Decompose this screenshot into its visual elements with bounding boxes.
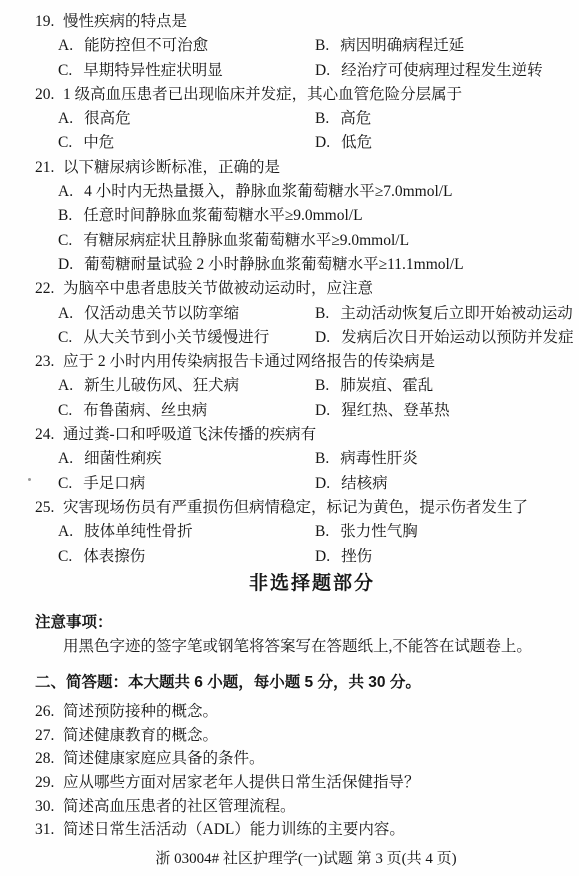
option-text: 新生儿破伤风、狂犬病 (84, 374, 239, 398)
question-23: 23. 应于 2 小时内用传染病报告卡通过网络报告的传染病是 A. 新生儿破伤风… (35, 350, 565, 423)
option-c: C. 布鲁菌病、丝虫病 (58, 399, 315, 423)
option-label: B. (315, 302, 329, 326)
option-row: A. 很高危 B. 高危 (58, 107, 565, 131)
short-question-31: 31. 简述日常生活活动（ADL）能力训练的主要内容。 (35, 818, 565, 842)
option-text: 手足口病 (83, 472, 145, 496)
option-label: D. (315, 131, 330, 155)
option-label: A. (58, 374, 73, 398)
option-text: 病因明确病程迁延 (340, 34, 464, 58)
question-number: 28. (35, 747, 63, 771)
option-label: D. (315, 59, 330, 83)
option-b: B. 肺炭疽、霍乱 (315, 374, 433, 398)
option-label: C. (58, 59, 72, 83)
option-text: 肺炭疽、霍乱 (340, 374, 433, 398)
option-a: A. 新生儿破伤风、狂犬病 (58, 374, 315, 398)
option-row: A. 能防控但不可治愈 B. 病因明确病程迁延 (58, 34, 565, 58)
option-label: C. (58, 229, 72, 253)
option-text: 病毒性肝炎 (340, 447, 418, 471)
option-d: D. 结核病 (315, 472, 388, 496)
option-row: C. 手足口病 D. 结核病 (58, 472, 565, 496)
option-text: 葡萄糖耐量试验 2 小时静脉血浆葡萄糖水平≥11.1mmol/L (84, 253, 464, 277)
option-row: A. 仅活动患关节以防挛缩 B. 主动活动恢复后立即开始被动运动 (58, 302, 565, 326)
question-text: 简述健康家庭应具备的条件。 (63, 747, 265, 771)
option-label: D. (315, 545, 330, 569)
question-text: 简述高血压患者的社区管理流程。 (63, 795, 296, 819)
option-b: B. 高危 (315, 107, 371, 131)
option-d: D. 低危 (315, 131, 372, 155)
question-line: 25. 灾害现场伤员有严重损伤但病情稳定，标记为黄色，提示伤者发生了 (35, 496, 565, 520)
option-label: B. (315, 374, 329, 398)
option-text: 肢体单纯性骨折 (84, 520, 193, 544)
option-row: C. 布鲁菌病、丝虫病 D. 猩红热、登革热 (58, 399, 565, 423)
question-stem: 1 级高血压患者已出现临床并发症，其心血管危险分层属于 (63, 83, 462, 107)
option-text: 有糖尿病症状且静脉血浆葡萄糖水平≥9.0mmol/L (83, 229, 409, 253)
option-text: 仅活动患关节以防挛缩 (84, 302, 239, 326)
option-d: D. 挫伤 (315, 545, 372, 569)
option-label: B. (315, 520, 329, 544)
question-line: 22. 为脑卒中患者患肢关节做被动运动时，应注意 (35, 277, 565, 301)
option-label: B. (315, 34, 329, 58)
option-label: B. (315, 447, 329, 471)
option-text: 4 小时内无热量摄入，静脉血浆葡萄糖水平≥7.0mmol/L (84, 180, 452, 204)
option-label: A. (58, 520, 73, 544)
short-question-29: 29. 应从哪些方面对居家老年人提供日常生活保健指导？ (35, 771, 565, 795)
question-number: 29. (35, 771, 63, 795)
option-text: 能防控但不可治愈 (84, 34, 208, 58)
option-label: B. (315, 107, 329, 131)
option-text: 体表擦伤 (83, 545, 145, 569)
question-number: 22. (35, 277, 63, 301)
option-a: A. 肢体单纯性骨折 (58, 520, 315, 544)
option-label: A. (58, 107, 73, 131)
option-d: D. 发病后次日开始运动以预防并发症 (315, 326, 574, 350)
question-number: 20. (35, 83, 63, 107)
short-question-26: 26. 简述预防接种的概念。 (35, 700, 565, 724)
option-c: C. 有糖尿病症状且静脉血浆葡萄糖水平≥9.0mmol/L (58, 229, 565, 253)
question-number: 21. (35, 156, 63, 180)
option-row: C. 早期特异性症状明显 D. 经治疗可使病理过程发生逆转 (58, 59, 565, 83)
option-a: A. 细菌性痢疾 (58, 447, 315, 471)
question-stem: 通过粪-口和呼吸道飞沫传播的疾病有 (63, 423, 316, 447)
short-question-28: 28. 简述健康家庭应具备的条件。 (35, 747, 565, 771)
option-text: 从大关节到小关节缓慢进行 (83, 326, 269, 350)
option-a: A. 仅活动患关节以防挛缩 (58, 302, 315, 326)
question-stem: 灾害现场伤员有严重损伤但病情稳定，标记为黄色，提示伤者发生了 (63, 496, 528, 520)
option-text: 任意时间静脉血浆葡萄糖水平≥9.0mmol/L (83, 204, 362, 228)
option-text: 张力性气胸 (340, 520, 418, 544)
option-b: B. 任意时间静脉血浆葡萄糖水平≥9.0mmol/L (58, 204, 565, 228)
question-stem: 应于 2 小时内用传染病报告卡通过网络报告的传染病是 (63, 350, 435, 374)
option-label: D. (58, 253, 73, 277)
question-25: 25. 灾害现场伤员有严重损伤但病情稳定，标记为黄色，提示伤者发生了 A. 肢体… (35, 496, 565, 569)
option-d: D. 葡萄糖耐量试验 2 小时静脉血浆葡萄糖水平≥11.1mmol/L (58, 253, 565, 277)
option-c: C. 体表擦伤 (58, 545, 315, 569)
page-footer: 浙 03004# 社区护理学(一)试题 第 3 页(共 4 页) (41, 847, 571, 871)
option-row: C. 中危 D. 低危 (58, 131, 565, 155)
question-22: 22. 为脑卒中患者患肢关节做被动运动时，应注意 A. 仅活动患关节以防挛缩 B… (35, 277, 565, 350)
option-d: D. 猩红热、登革热 (315, 399, 450, 423)
option-text: 细菌性痢疾 (84, 447, 162, 471)
option-row: C. 体表擦伤 D. 挫伤 (58, 545, 565, 569)
question-number: 26. (35, 700, 63, 724)
question-stem: 慢性疾病的特点是 (63, 10, 187, 34)
option-text: 高危 (340, 107, 371, 131)
option-b: B. 病毒性肝炎 (315, 447, 418, 471)
question-24: 24. 通过粪-口和呼吸道飞沫传播的疾病有 A. 细菌性痢疾 B. 病毒性肝炎 … (35, 423, 565, 496)
option-label: A. (58, 302, 73, 326)
option-text: 猩红热、登革热 (341, 399, 450, 423)
question-number: 23. (35, 350, 63, 374)
short-answer-block: 26. 简述预防接种的概念。 27. 简述健康教育的概念。 28. 简述健康家庭… (35, 700, 565, 842)
question-21: 21. 以下糖尿病诊断标准，正确的是 A. 4 小时内无热量摄入，静脉血浆葡萄糖… (35, 156, 565, 277)
option-label: A. (58, 447, 73, 471)
option-text: 早期特异性症状明显 (83, 59, 223, 83)
question-text: 应从哪些方面对居家老年人提供日常生活保健指导？ (63, 771, 420, 795)
option-label: A. (58, 180, 73, 204)
option-label: C. (58, 399, 72, 423)
option-text: 发病后次日开始运动以预防并发症 (341, 326, 574, 350)
question-line: 19. 慢性疾病的特点是 (35, 10, 565, 34)
question-number: 27. (35, 724, 63, 748)
question-text: 简述日常生活活动（ADL）能力训练的主要内容。 (63, 818, 405, 842)
option-text: 布鲁菌病、丝虫病 (83, 399, 207, 423)
option-text: 中危 (83, 131, 114, 155)
option-b: B. 病因明确病程迁延 (315, 34, 464, 58)
option-text: 低危 (341, 131, 372, 155)
exam-paper-page: 19. 慢性疾病的特点是 A. 能防控但不可治愈 B. 病因明确病程迁延 C. … (0, 0, 579, 876)
option-b: B. 张力性气胸 (315, 520, 418, 544)
option-a: A. 4 小时内无热量摄入，静脉血浆葡萄糖水平≥7.0mmol/L (58, 180, 565, 204)
option-label: C. (58, 326, 72, 350)
option-label: C. (58, 131, 72, 155)
option-row: C. 从大关节到小关节缓慢进行 D. 发病后次日开始运动以预防并发症 (58, 326, 565, 350)
option-d: D. 经治疗可使病理过程发生逆转 (315, 59, 543, 83)
option-row: A. 肢体单纯性骨折 B. 张力性气胸 (58, 520, 565, 544)
notes-label: 注意事项： (35, 611, 565, 635)
option-label: A. (58, 34, 73, 58)
option-label: B. (58, 204, 72, 228)
option-a: A. 很高危 (58, 107, 315, 131)
question-line: 23. 应于 2 小时内用传染病报告卡通过网络报告的传染病是 (35, 350, 565, 374)
question-text: 简述预防接种的概念。 (63, 700, 218, 724)
option-text: 挫伤 (341, 545, 372, 569)
question-number: 31. (35, 818, 63, 842)
option-a: A. 能防控但不可治愈 (58, 34, 315, 58)
question-line: 21. 以下糖尿病诊断标准，正确的是 (35, 156, 565, 180)
option-c: C. 中危 (58, 131, 315, 155)
option-label: C. (58, 545, 72, 569)
notes-text: 用黑色字迹的签字笔或钢笔将答案写在答题纸上,不能答在试题卷上。 (63, 635, 565, 659)
question-number: 24. (35, 423, 63, 447)
option-text: 主动活动恢复后立即开始被动运动 (340, 302, 573, 326)
question-line: 24. 通过粪-口和呼吸道飞沫传播的疾病有 (35, 423, 565, 447)
question-number: 25. (35, 496, 63, 520)
option-text: 很高危 (84, 107, 131, 131)
option-c: C. 从大关节到小关节缓慢进行 (58, 326, 315, 350)
option-c: C. 早期特异性症状明显 (58, 59, 315, 83)
section2-header: 二、简答题：本大题共 6 小题，每小题 5 分，共 30 分。 (35, 671, 565, 695)
question-number: 30. (35, 795, 63, 819)
question-number: 19. (35, 10, 63, 34)
option-text: 结核病 (341, 472, 388, 496)
question-text: 简述健康教育的概念。 (63, 724, 218, 748)
option-label: D. (315, 399, 330, 423)
option-row: A. 细菌性痢疾 B. 病毒性肝炎 (58, 447, 565, 471)
scan-artifact-dot (28, 478, 31, 481)
short-question-30: 30. 简述高血压患者的社区管理流程。 (35, 795, 565, 819)
option-label: D. (315, 472, 330, 496)
question-line: 20. 1 级高血压患者已出现临床并发症，其心血管危险分层属于 (35, 83, 565, 107)
option-b: B. 主动活动恢复后立即开始被动运动 (315, 302, 573, 326)
question-stem: 为脑卒中患者患肢关节做被动运动时，应注意 (63, 277, 373, 301)
short-question-27: 27. 简述健康教育的概念。 (35, 724, 565, 748)
option-c: C. 手足口病 (58, 472, 315, 496)
option-text: 经治疗可使病理过程发生逆转 (341, 59, 543, 83)
question-19: 19. 慢性疾病的特点是 A. 能防控但不可治愈 B. 病因明确病程迁延 C. … (35, 10, 565, 83)
question-20: 20. 1 级高血压患者已出现临床并发症，其心血管危险分层属于 A. 很高危 B… (35, 83, 565, 156)
section-heading: 非选择题部分 (47, 571, 577, 597)
option-label: C. (58, 472, 72, 496)
option-label: D. (315, 326, 330, 350)
option-row: A. 新生儿破伤风、狂犬病 B. 肺炭疽、霍乱 (58, 374, 565, 398)
question-stem: 以下糖尿病诊断标准，正确的是 (63, 156, 280, 180)
